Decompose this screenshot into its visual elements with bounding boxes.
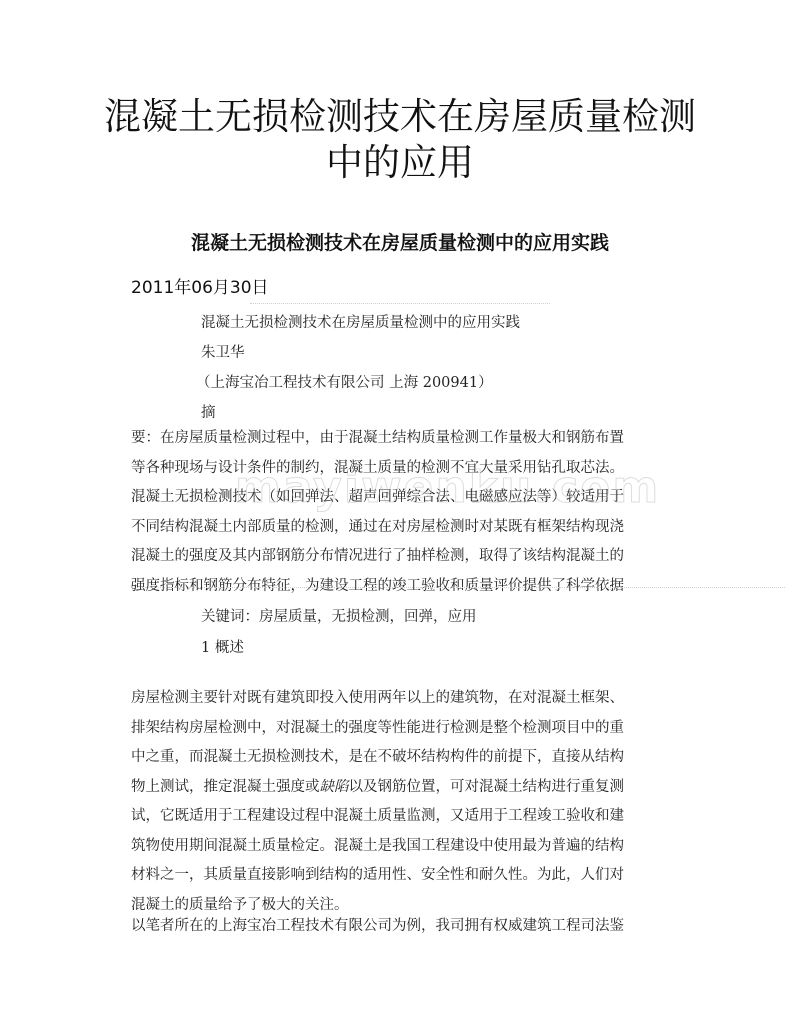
paragraph-line: 材料之一，其质量直接影响到结构的适用性、安全性和耐久性。为此，人们对: [131, 861, 671, 891]
abstract-end-mark: 。: [131, 572, 146, 593]
paragraph-line: 房屋检测主要针对既有建筑即投入使用两年以上的建筑物，在对混凝土框架、: [131, 684, 671, 714]
italic-term: 缺陷: [320, 779, 349, 795]
abstract-line: 不同结构混凝土内部质量的检测，通过在对房屋检测时对某既有框架结构现浇: [131, 513, 671, 543]
paragraph-line: 中之重，而混凝土无损检测技术，是在不破坏结构构件的前提下，直接从结构: [131, 743, 671, 773]
paragraph-1: 房屋检测主要针对既有建筑即投入使用两年以上的建筑物，在对混凝土框架、 排架结构房…: [131, 684, 671, 920]
text-segment: 物上测试，推定混凝土强度或: [131, 779, 320, 795]
paragraph-line: 排架结构房屋检测中，对混凝土的强度等性能进行检测是整个检测项目中的重: [131, 714, 671, 744]
paragraph-line: 筑物使用期间混凝土质量检定。混凝土是我国工程建设中使用最为普遍的结构: [131, 832, 671, 862]
section-heading: 1 概述: [201, 636, 244, 657]
paragraph-2: 以笔者所在的上海宝冶工程技术有限公司为例，我司拥有权威建筑工程司法鉴: [131, 912, 671, 942]
author: 朱卫华: [201, 341, 245, 362]
affiliation: （上海宝冶工程技术有限公司 上海 200941）: [196, 371, 493, 392]
separator-dotted: [250, 303, 550, 304]
paragraph-line: 以笔者所在的上海宝冶工程技术有限公司为例，我司拥有权威建筑工程司法鉴: [131, 912, 671, 942]
paragraph-line: 试，它既适用于工程建设过程中混凝土质量监测，又适用于工程竣工验收和建: [131, 802, 671, 832]
document-page: 混凝土无损检测技术在房屋质量检测中的应用 混凝土无损检测技术在房屋质量检测中的应…: [0, 0, 800, 1036]
main-title: 混凝土无损检测技术在房屋质量检测中的应用: [100, 94, 700, 186]
abstract-line: 等各种现场与设计条件的制约，混凝土质量的检测不宜大量采用钻孔取芯法。: [131, 454, 671, 484]
subtitle: 混凝土无损检测技术在房屋质量检测中的应用实践: [100, 228, 700, 255]
abstract-line: 要：在房屋质量检测过程中，由于混凝土结构质量检测工作量极大和钢筋布置: [131, 424, 671, 454]
abstract-body: 要：在房屋质量检测过程中，由于混凝土结构质量检测工作量极大和钢筋布置 等各种现场…: [131, 424, 671, 601]
text-segment: 以及钢筋位置，可对混凝土结构进行重复测: [349, 779, 625, 795]
publish-date: 2011年06月30日: [131, 273, 269, 298]
abstract-line: 混凝土无损检测技术（如回弹法、超声回弹综合法、电磁感应法等）较适用于: [131, 483, 671, 513]
article-title: 混凝土无损检测技术在房屋质量检测中的应用实践: [201, 311, 520, 332]
separator-dotted: [145, 587, 785, 588]
abstract-line: 混凝土的强度及其内部钢筋分布情况进行了抽样检测，取得了该结构混凝土的: [131, 542, 671, 572]
keywords: 关键词：房屋质量，无损检测，回弹，应用: [201, 605, 477, 626]
paragraph-line: 物上测试，推定混凝土强度或缺陷以及钢筋位置，可对混凝土结构进行重复测: [131, 773, 671, 803]
abstract-label: 摘: [201, 401, 216, 422]
